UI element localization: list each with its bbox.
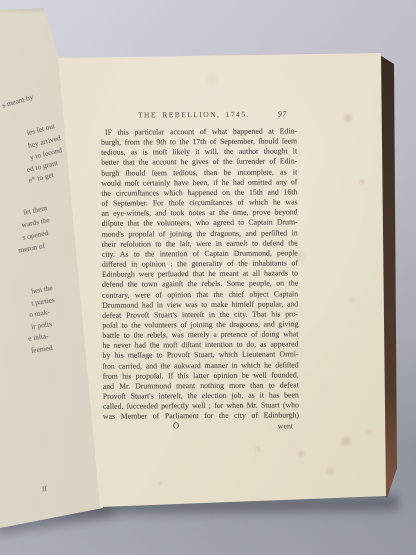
left-page-fragment: o mak- (29, 307, 51, 319)
left-page-fragment: ſeemed (30, 343, 52, 355)
catchword: went (103, 421, 293, 431)
left-page-fragment: e inha- (27, 331, 48, 343)
body-line: was Member of Parliament for the city of… (103, 411, 299, 423)
left-page-fragment: meron of (18, 241, 46, 255)
page-number: 97 (278, 109, 287, 118)
left-page-fragment: t parties (31, 295, 56, 308)
book-photo: s meant by ies ſet out hey arrived y to … (0, 0, 416, 555)
left-page-fragment: hen the (31, 283, 54, 296)
left-page-fragment: Iſ (42, 484, 47, 493)
running-head: THE REBELLION, 1745. (101, 109, 287, 119)
body-text: IF this particular account of what happe… (101, 126, 299, 422)
left-page-fragment: ir poſts (31, 319, 53, 331)
left-page-fragment: s meant by (1, 92, 34, 109)
left-page-fragment: s opened (22, 228, 49, 242)
